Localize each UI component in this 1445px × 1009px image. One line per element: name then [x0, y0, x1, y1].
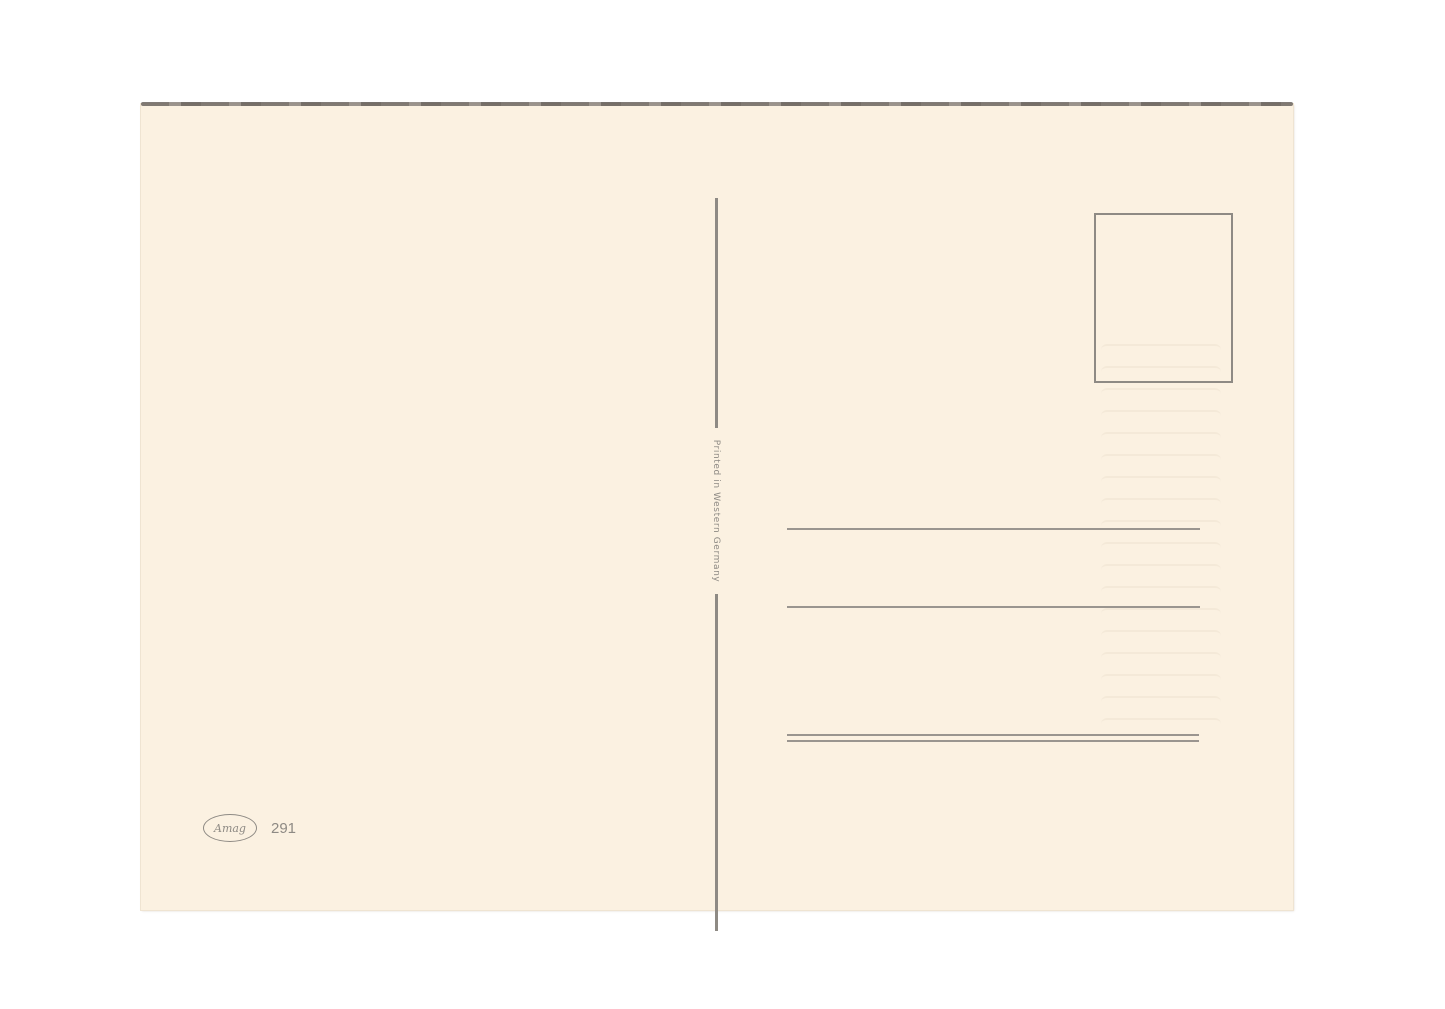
printed-in-label: Printed in Western Germany — [709, 428, 723, 594]
address-line-2 — [787, 606, 1200, 608]
postcard-back: Printed in Western Germany Amag 291 — [141, 104, 1293, 910]
address-line-4 — [787, 740, 1199, 742]
publisher-mark: Amag 291 — [203, 814, 296, 842]
publisher-logo: Amag — [203, 814, 257, 842]
address-line-1 — [787, 528, 1200, 530]
catalog-number: 291 — [271, 820, 296, 837]
address-line-3 — [787, 734, 1199, 736]
embossed-text — [1101, 334, 1221, 754]
